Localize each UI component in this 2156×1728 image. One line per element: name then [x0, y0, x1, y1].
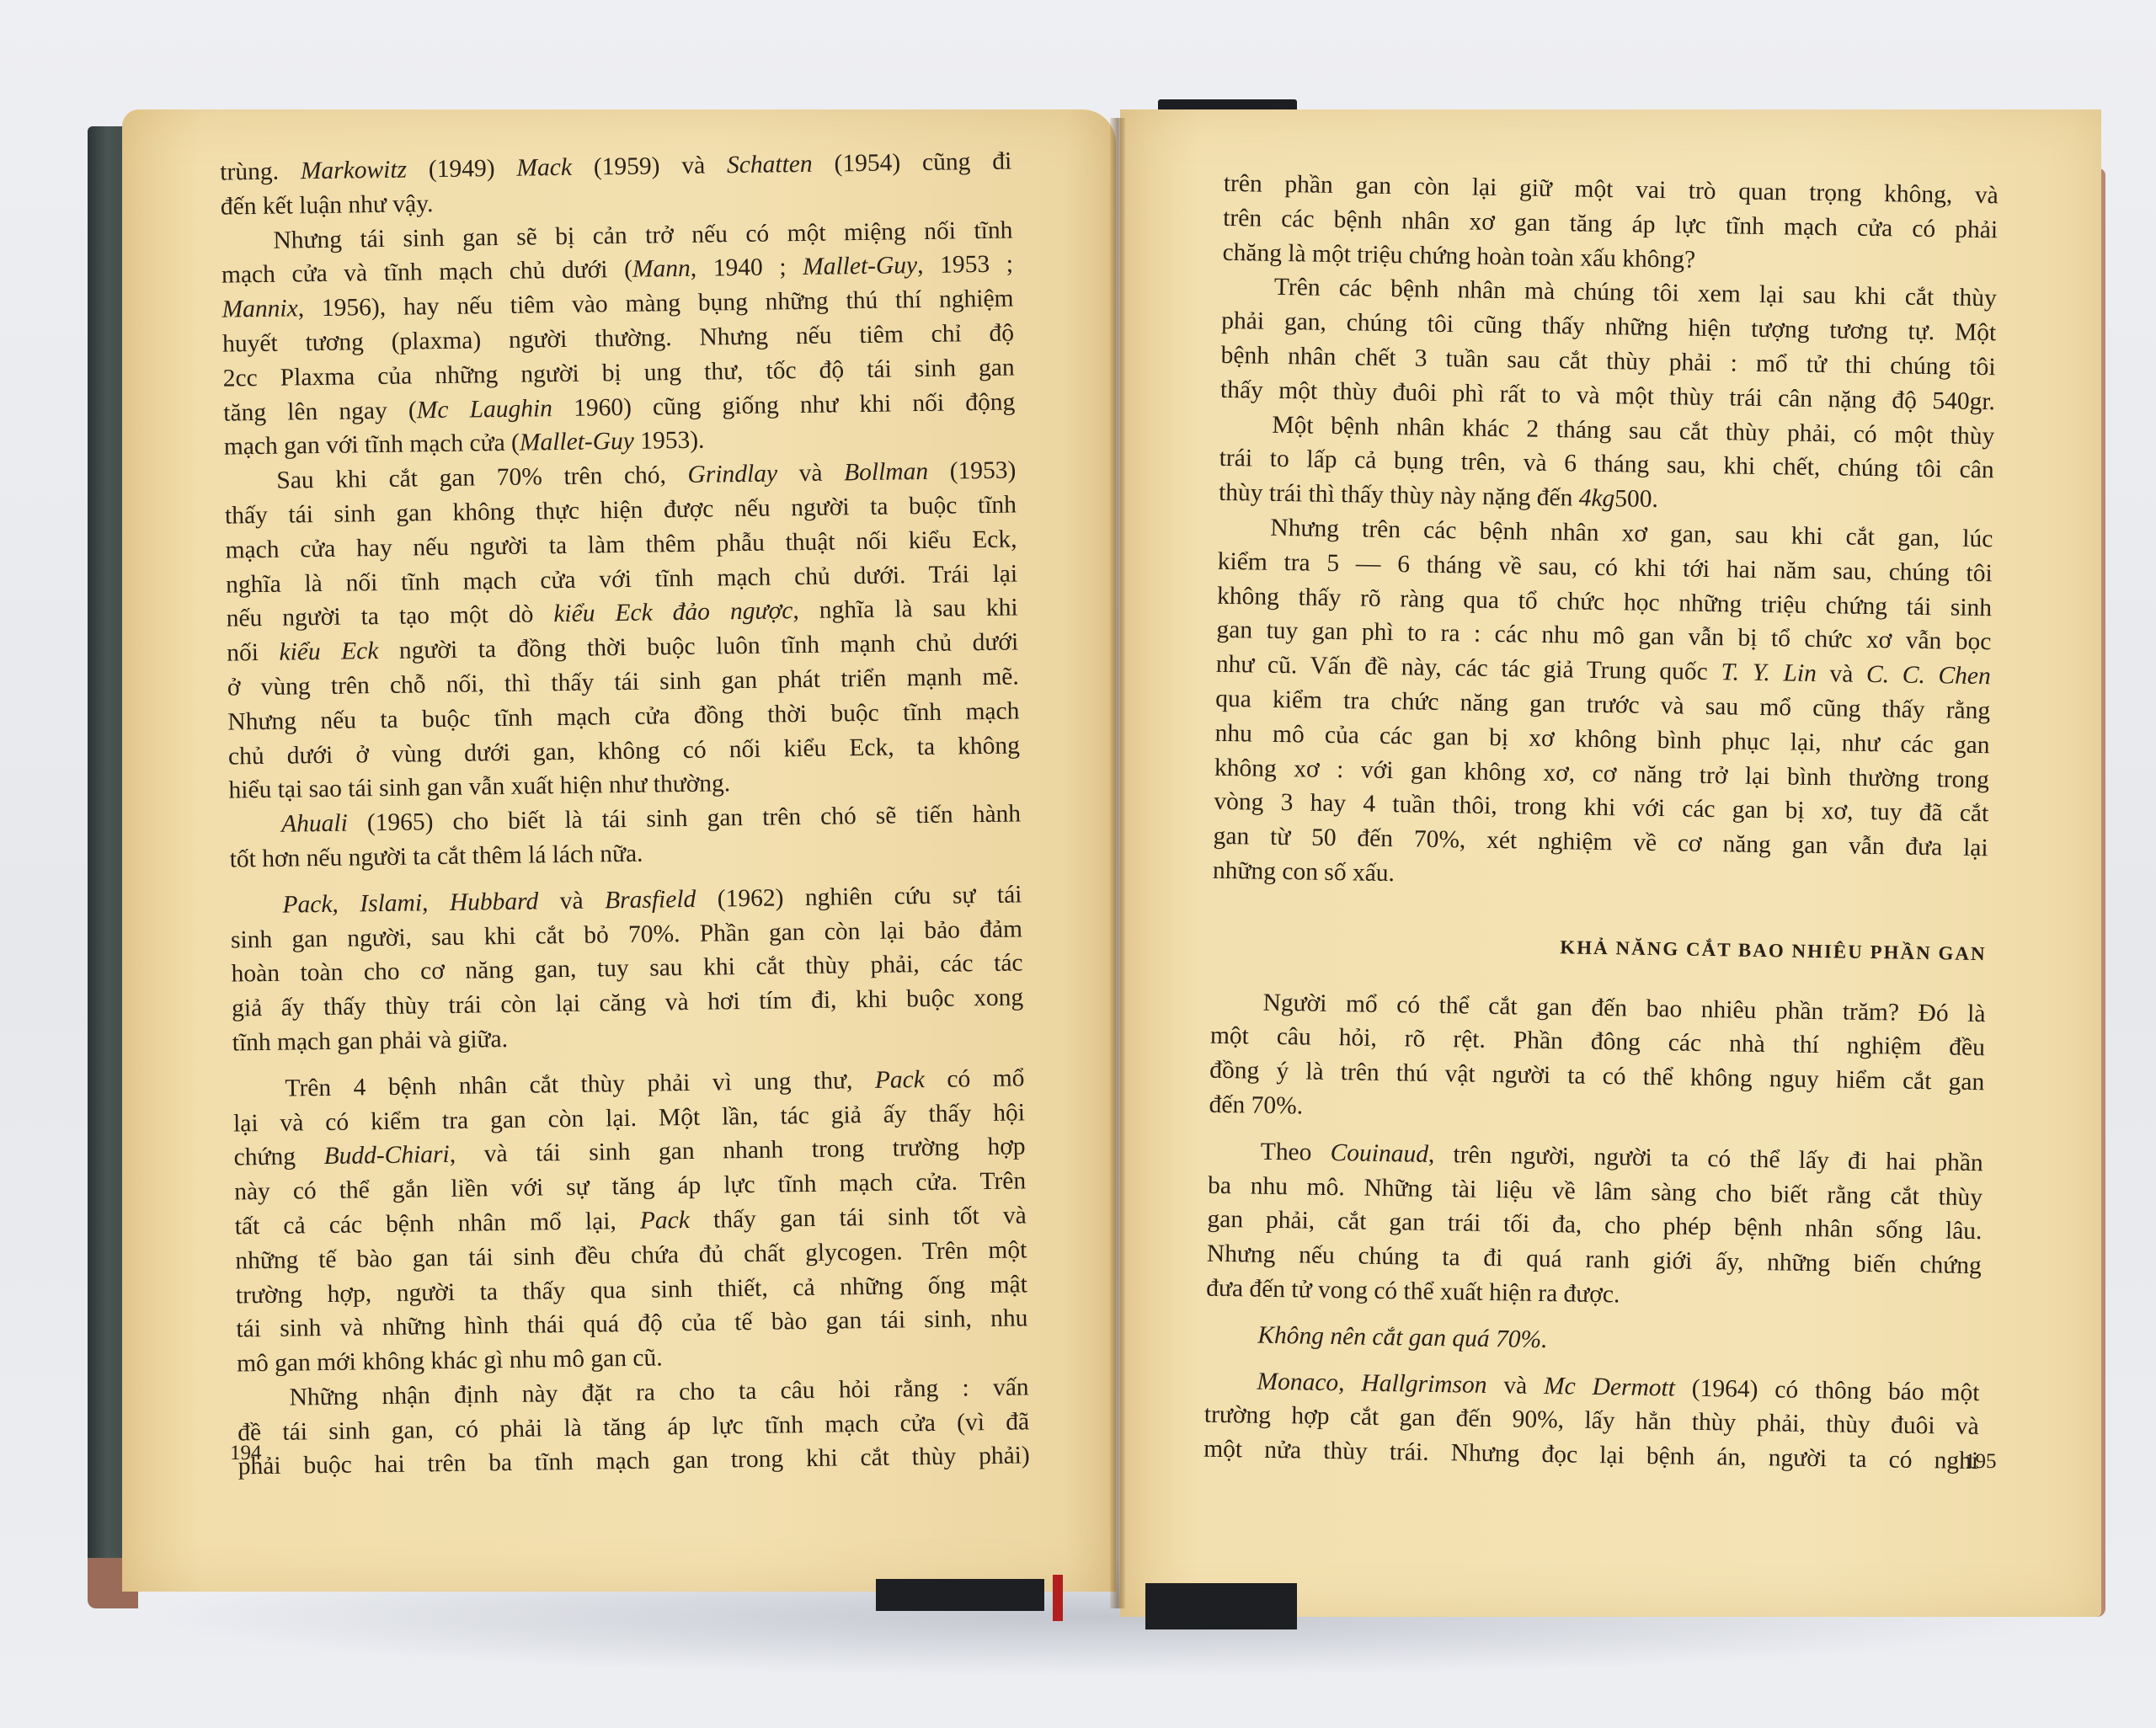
italic-citation: 4kg	[1578, 485, 1614, 513]
italic-citation: Mc Dermott	[1544, 1373, 1675, 1401]
left-page-body: trùng. Markowitz (1949) Mack (1959) và S…	[220, 145, 1030, 1485]
text-segment: đến kết luận như vậy.	[221, 190, 434, 221]
text-segment: mạch cửa và tĩnh mạch chủ dưới (	[221, 256, 632, 289]
text-segment: 500.	[1614, 485, 1658, 513]
right-page-text-after-heading: Người mổ có thể cắt gan đến bao nhiêu ph…	[1203, 984, 1986, 1479]
text-segment: nếu người ta tạo một dò	[226, 601, 553, 632]
right-page-body: trên phần gan còn lại giữ một vai trò qu…	[1203, 167, 1999, 1479]
text-segment: tĩnh mạch gan phải và giữa.	[232, 1026, 509, 1057]
italic-citation: kiểu Eck đảo ngược	[553, 598, 792, 628]
italic-citation: Mc Laughin	[417, 395, 553, 424]
text-segment: như cũ. Vấn đề này, các tác giả Trung qu…	[1216, 651, 1721, 685]
text-segment: và	[1817, 660, 1867, 688]
text-segment: chủ dưới ở vùng dưới gan, không có nối k…	[228, 732, 1020, 770]
text-segment: (1949)	[407, 155, 517, 184]
italic-citation: Bollman	[844, 458, 928, 486]
text-segment: và	[1486, 1371, 1544, 1399]
text-segment: (1962) nghiên cứu sự tái	[696, 881, 1022, 912]
text-segment: nối	[227, 639, 280, 667]
text-segment: đến 70%.	[1209, 1091, 1303, 1120]
italic-citation: T. Y. Lin	[1721, 659, 1817, 687]
text-segment: 1960) cũng giống như khi nối động	[552, 388, 1016, 422]
text-segment: , 1956), hay nếu tiêm vào màng bụng nhữn…	[297, 285, 1013, 323]
bookmark-ribbon-black-left	[876, 1579, 1044, 1611]
italic-citation: Pack	[640, 1207, 690, 1235]
text-segment: những con số xấu.	[1213, 857, 1395, 887]
italic-citation: Mack	[516, 154, 572, 182]
text-segment: Nhưng tái sinh gan sẽ bị cản trở nếu có …	[273, 216, 1012, 253]
italic-citation: Monaco, Hallgrimson	[1257, 1368, 1487, 1398]
book-gutter	[1110, 118, 1125, 1608]
text-segment: thấy gan tái sinh tốt và	[690, 1202, 1027, 1234]
text-segment: (1953)	[928, 457, 1017, 485]
italic-citation: Schatten	[727, 151, 813, 179]
text-segment: chăng là một triệu chứng hoàn toàn xấu k…	[1222, 238, 1695, 273]
text-segment: và	[538, 887, 605, 915]
italic-citation: Grindlay	[687, 461, 777, 488]
italic-citation: Couinaud	[1330, 1139, 1428, 1168]
text-segment: (1965) cho biết là tái sinh gan trên chó…	[348, 801, 1022, 837]
text-segment: (1954) cũng đi	[812, 148, 1011, 178]
text-segment: Sau khi cắt gan 70% trên chó,	[276, 461, 688, 494]
section-heading: KHẢ NĂNG CẮT BAO NHIÊU PHẦN GAN	[1211, 925, 1987, 971]
italic-citation: Mallet-Guy	[803, 252, 917, 280]
text-segment: mô gan mới không khác gì nhu mô gan cũ.	[237, 1345, 663, 1378]
bookmark-ribbon-black-right	[1145, 1583, 1297, 1629]
italic-citation: C. C. Chen	[1866, 661, 1991, 690]
text-segment: 1953).	[634, 427, 705, 455]
italic-citation: Ahuali	[281, 810, 348, 838]
text-segment: tăng lên ngay (	[223, 397, 417, 426]
italic-citation: Mannix	[221, 296, 298, 323]
italic-citation: Pack, Islami, Hubbard	[282, 888, 538, 918]
text-segment: , 1940 ;	[691, 253, 803, 282]
italic-citation: Không nên cắt gan quá 70%.	[1257, 1321, 1548, 1352]
text-segment: có mổ	[925, 1064, 1025, 1093]
right-page-text-before-heading: trên phần gan còn lại giữ một vai trò qu…	[1213, 167, 1999, 900]
text-segment: tái sinh và những hình thái quá độ của t…	[236, 1305, 1027, 1343]
text-segment: mạch gan với tĩnh mạch cửa (	[224, 429, 520, 461]
text-segment: thùy trái thì thấy thùy này nặng đến	[1219, 479, 1579, 512]
text-segment: trùng.	[220, 157, 301, 185]
text-segment: đưa đến tử vong có thể xuất hiện ra được…	[1206, 1275, 1620, 1309]
page-number-right: 195	[1965, 1450, 1997, 1474]
italic-citation: Brasfield	[605, 886, 696, 915]
text-segment: tất cả các bệnh nhân mổ lại,	[235, 1208, 641, 1240]
text-segment: (1959) và	[572, 152, 728, 181]
text-segment: Trên 4 bệnh nhân cắt thùy phải vì ung th…	[285, 1067, 875, 1102]
italic-citation: Budd-Chiari	[323, 1141, 450, 1170]
text-segment: Những nhận định này đặt ra cho ta câu hỏ…	[289, 1373, 1028, 1411]
italic-citation: kiểu Eck	[279, 637, 378, 666]
text-segment: Theo	[1261, 1138, 1331, 1165]
italic-citation: Mann	[632, 255, 691, 283]
bookmark-ribbon-red	[1053, 1575, 1063, 1621]
text-segment: , 1953 ;	[917, 251, 1013, 280]
text-segment: , và tái sinh gan nhanh trong trường hợp	[450, 1133, 1026, 1169]
italic-citation: Mallet-Guy	[520, 428, 634, 456]
text-segment: , trên người, người ta có thể lấy đi hai…	[1428, 1141, 1983, 1176]
italic-citation: Markowitz	[301, 157, 408, 185]
text-segment: phải buộc hai trên ba tĩnh mạch gan tron…	[238, 1443, 1030, 1480]
text-segment: (1964) có thông báo một	[1675, 1374, 1980, 1406]
text-segment: người ta đồng thời buộc luôn tĩnh mạnh c…	[378, 629, 1018, 665]
text-segment: hiểu tại sao tái sinh gan vẫn xuất hiện …	[228, 771, 730, 804]
text-segment: , nghĩa là sau khi	[792, 595, 1018, 625]
text-segment: và	[777, 460, 845, 488]
text-segment: tốt hơn nếu người ta cắt thêm lá lách nữ…	[229, 840, 643, 873]
page-number-left: 194	[230, 1442, 262, 1465]
italic-citation: Pack	[875, 1066, 925, 1094]
text-segment: giả ấy thấy thùy trái còn lại căng và hơ…	[232, 984, 1023, 1022]
text-segment: chứng	[233, 1143, 323, 1171]
